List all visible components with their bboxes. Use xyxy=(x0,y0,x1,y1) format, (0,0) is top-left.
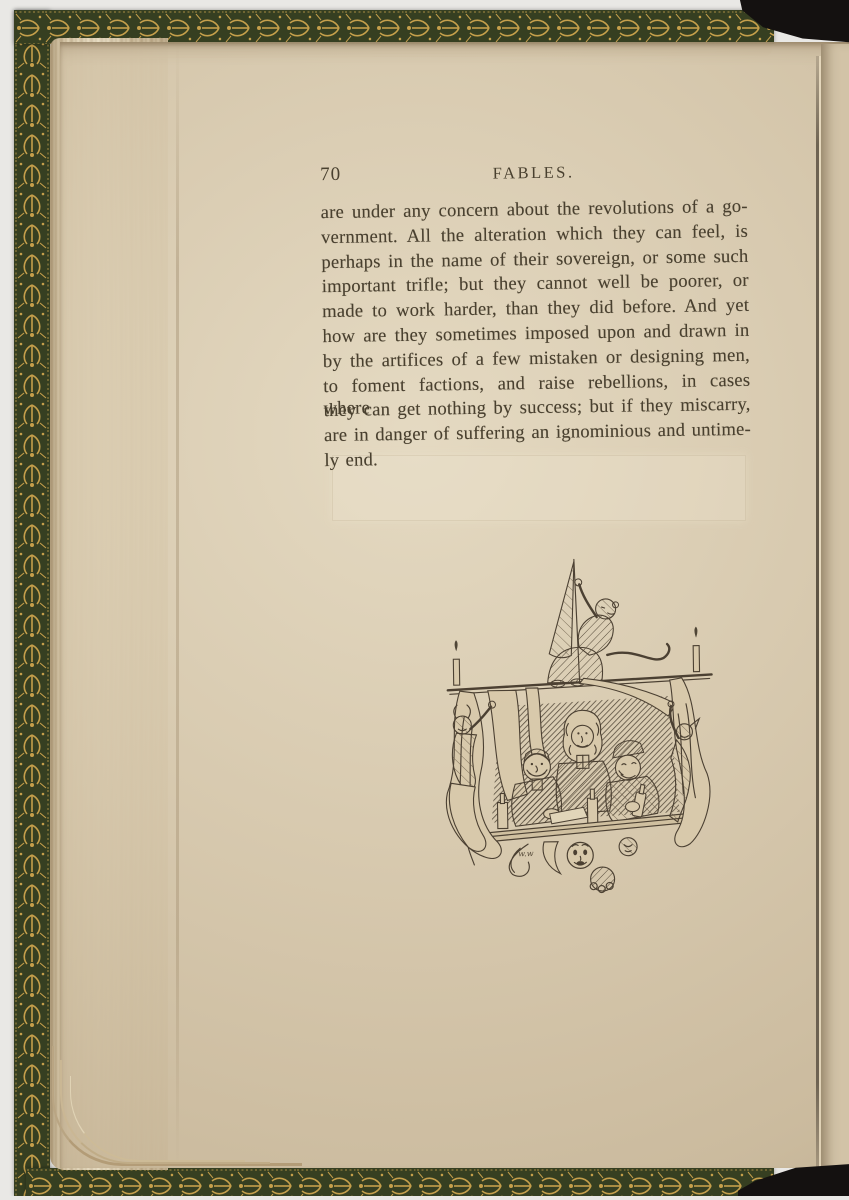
text-line: ly end. xyxy=(324,444,751,475)
facing-page-sliver xyxy=(821,44,849,1170)
puppet-booth-engraving: w.w xyxy=(428,553,733,903)
page-gutter-highlight xyxy=(819,56,821,1172)
printed-content: 70 FABLES. are under any concern about t… xyxy=(0,0,849,1200)
engraved-vignette-illustration: w.w xyxy=(428,553,733,903)
running-head-row: 70 FABLES. xyxy=(320,157,747,189)
photo-backdrop-strip xyxy=(0,1196,849,1200)
photographed-book-spread: 70 FABLES. are under any concern about t… xyxy=(0,0,849,1200)
body-text: are under any concern about the revoluti… xyxy=(321,196,752,475)
running-header: FABLES. xyxy=(320,160,747,186)
engraver-mark: w.w xyxy=(518,849,534,858)
